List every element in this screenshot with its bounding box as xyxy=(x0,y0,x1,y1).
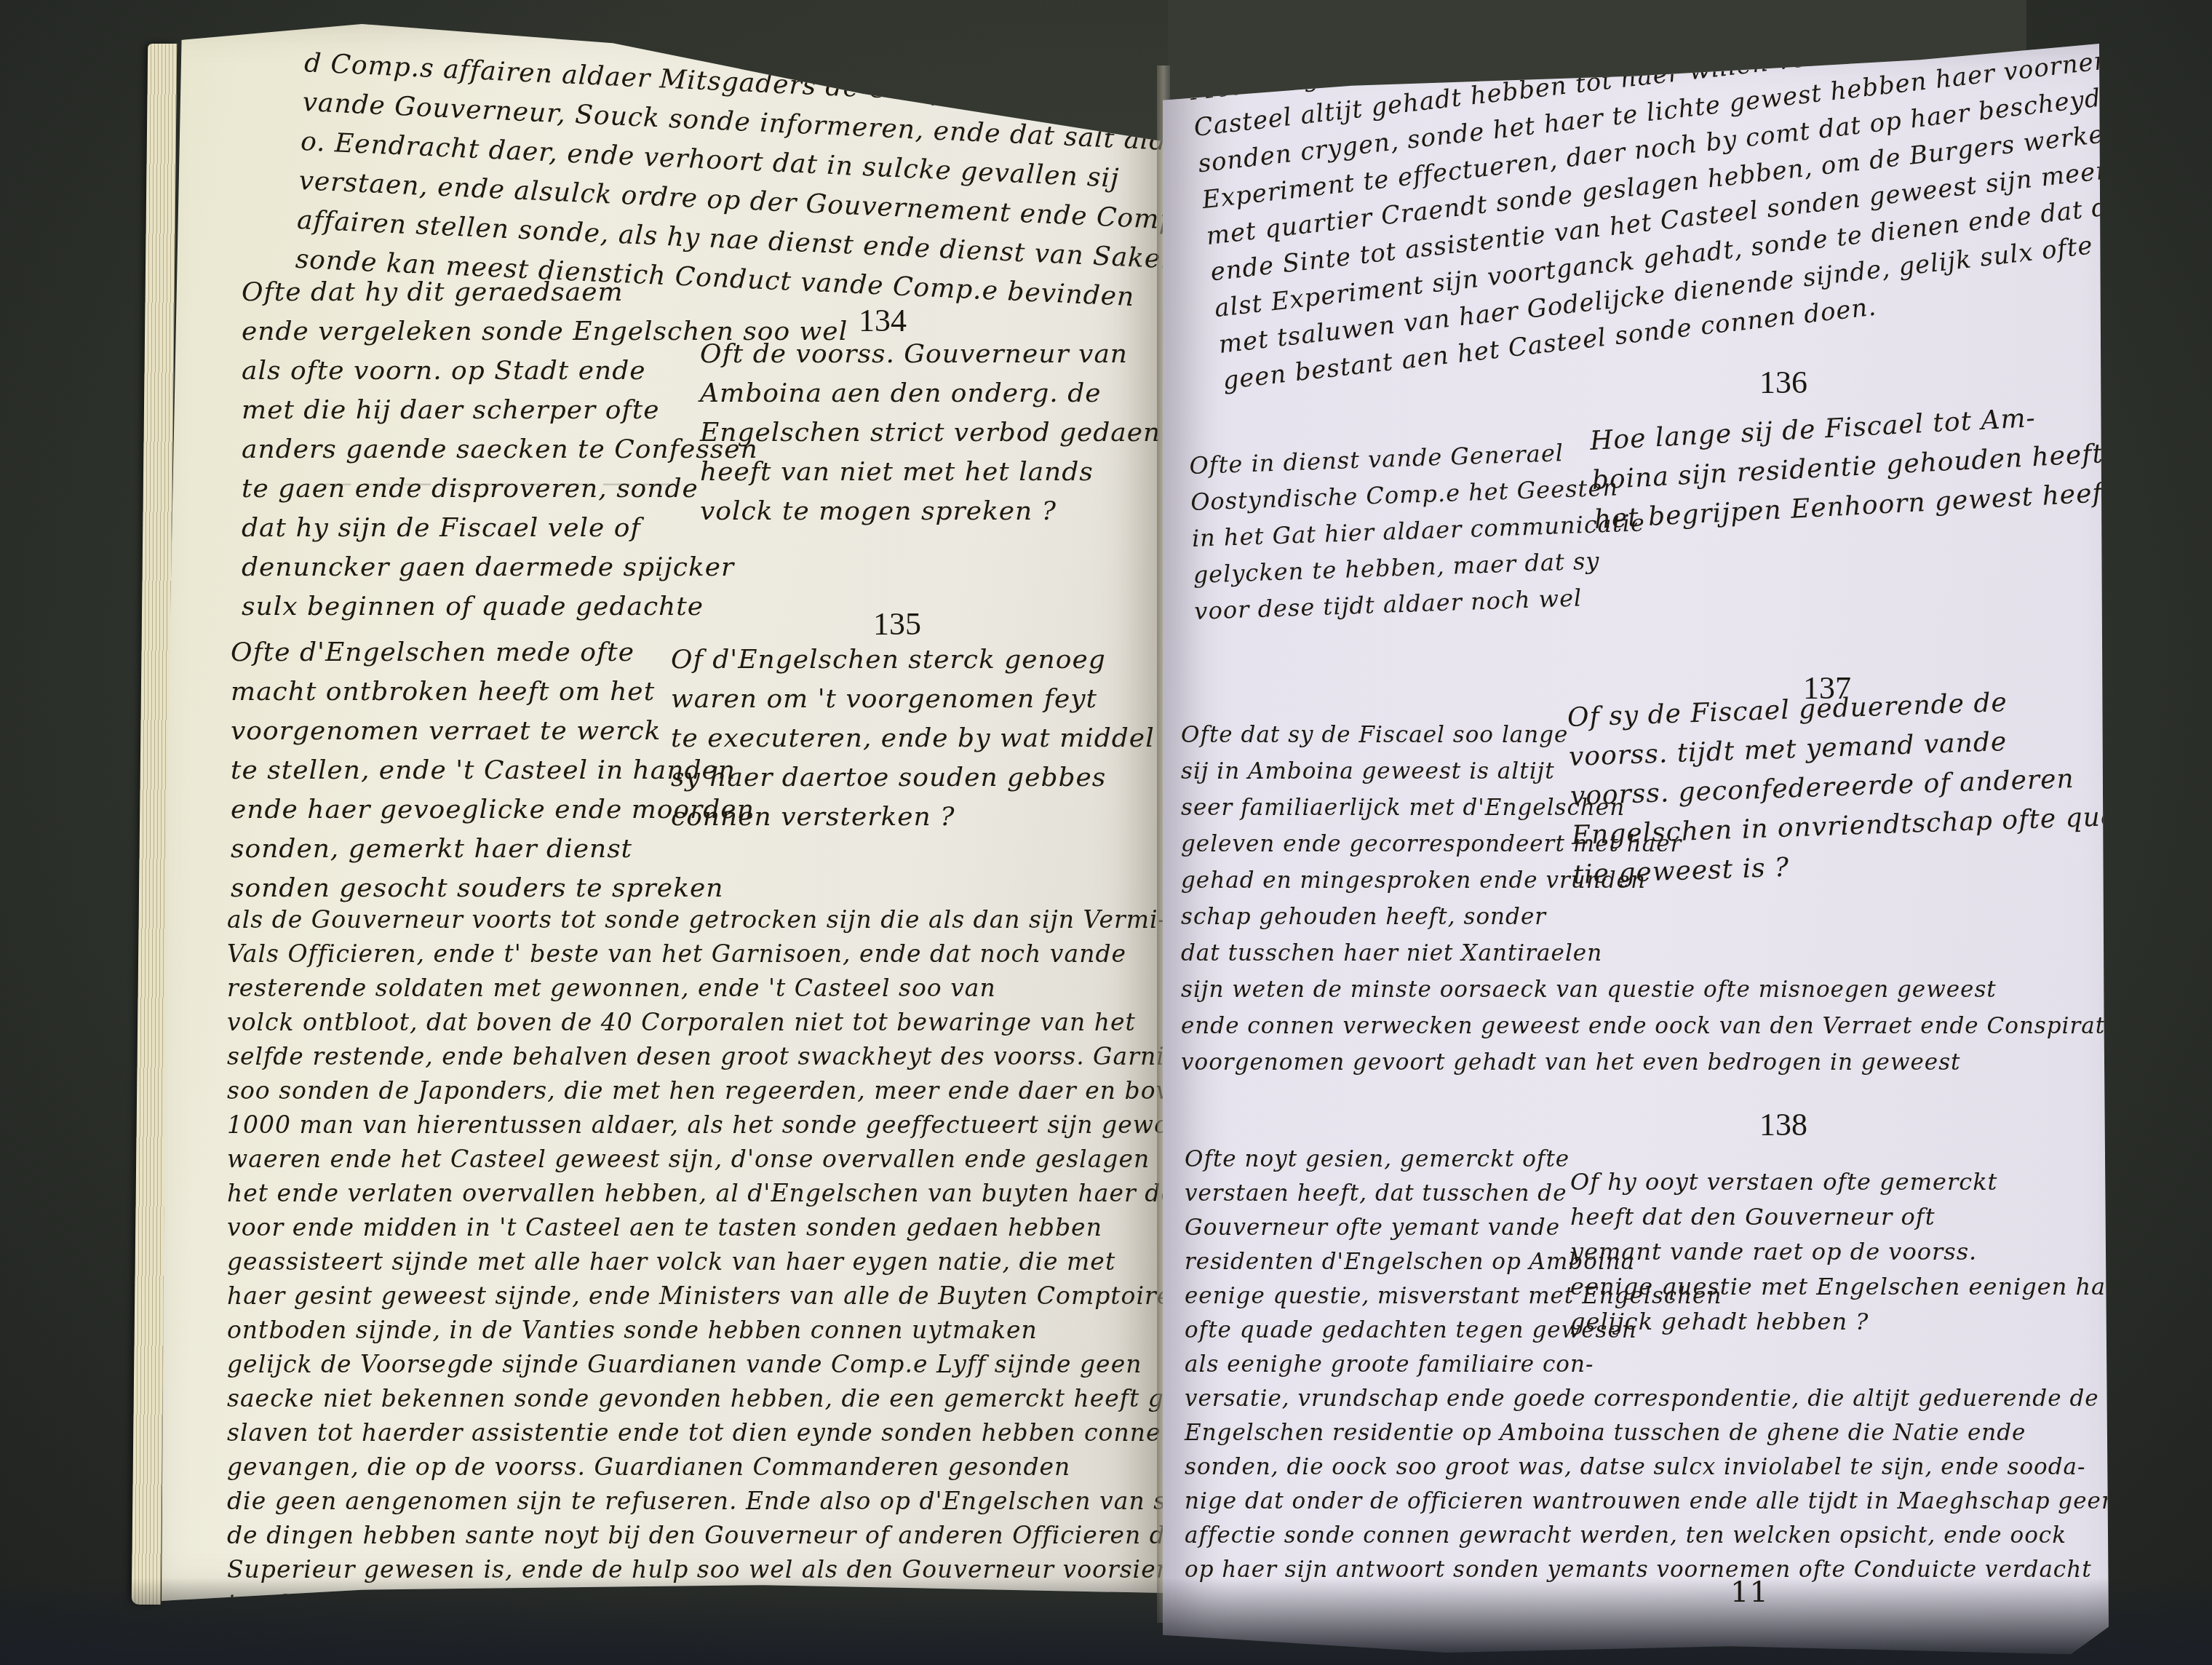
text-line: connen versterken ? xyxy=(671,798,1155,837)
text-line: gelijck de Voorsegde sijnde Guardianen v… xyxy=(227,1347,1164,1381)
text-line: waren om 't voorgenomen feyt xyxy=(671,680,1155,719)
text-line: het ende verlaten overvallen hebben, al … xyxy=(227,1176,1164,1210)
text-line: volck te mogen spreken ? xyxy=(700,492,1161,531)
text-line: schap gehouden heeft, sonder xyxy=(1181,899,2109,935)
text-line: als eenighe groote familiaire con- xyxy=(1185,1348,2109,1382)
text-line: nige dat onder de officieren wantrouwen … xyxy=(1185,1485,2109,1519)
answer-block: Oft de voorss. Gouverneur van Amboina ae… xyxy=(700,335,1161,531)
table-surface-shadow xyxy=(0,1578,2212,1665)
text-line: Of d'Engelschen sterck genoeg xyxy=(671,640,1155,680)
text-line: slaven tot haerder assistentie ende tot … xyxy=(227,1415,1164,1450)
text-line: Engelschen strict verbod gedaen xyxy=(700,413,1161,453)
text-line: denuncker gaen daermede spijcker xyxy=(242,548,848,587)
text-line: resterende soldaten met gewonnen, ende '… xyxy=(227,971,1164,1005)
text-line: die geen aengenomen sijn te refuseren. E… xyxy=(227,1484,1164,1518)
text-line: ende connen verwecken geweest ende oock … xyxy=(1181,1008,2109,1044)
text-line: gevangen, die op de voorss. Guardianen C… xyxy=(227,1450,1164,1484)
text-line: sijn weten de minste oorsaeck van questi… xyxy=(1181,971,2109,1008)
text-line: Vals Officieren, ende t' beste van het G… xyxy=(227,937,1164,971)
text-line: te executeren, ende by wat middel xyxy=(671,719,1155,758)
text-line: eenige questie met Engelschen eenigen ha… xyxy=(1570,1269,2109,1304)
text-line: Oft de voorss. Gouverneur van xyxy=(700,335,1161,374)
text-line: als de Gouverneur voorts tot sonde getro… xyxy=(227,902,1164,937)
text-line: ontboden sijnde, in de Vanties sonde heb… xyxy=(227,1313,1164,1347)
text-line: yemant vande raet op de voorss. xyxy=(1570,1234,2109,1269)
text-line: versatie, vrundschap ende goede correspo… xyxy=(1185,1382,2109,1416)
text-line: heeft van niet met het lands xyxy=(700,453,1161,492)
body-paragraph: als de Gouverneur voorts tot sonde getro… xyxy=(227,902,1164,1601)
text-line: gelijck gehadt hebben ? xyxy=(1570,1304,2109,1339)
top-paragraph: Met soo groote Sinte als haer geseyde me… xyxy=(1188,44,2109,400)
text-line: soo sonden de Japonders, die met hen reg… xyxy=(227,1073,1164,1108)
text-line: geassisteert sijnde met alle haer volck … xyxy=(227,1244,1164,1279)
question-block: Ofte in dienst vande Generael Oostyndisc… xyxy=(1189,432,1649,629)
text-line: sy haer daertoe souden gebbes xyxy=(671,758,1155,798)
answer-block: Of d'Engelschen sterck genoeg waren om '… xyxy=(671,640,1155,837)
answer-block: Hoe lange sij de Fiscael tot Am- boina s… xyxy=(1589,394,2109,540)
text-line: heeft dat den Gouverneur oft xyxy=(1570,1199,2109,1234)
text-line: selfde restende, ende behalven desen gro… xyxy=(227,1039,1164,1073)
text-line: voorgenomen gevoort gehadt van het even … xyxy=(1181,1044,2109,1081)
answer-block: Of hy ooyt verstaen ofte gemerckt heeft … xyxy=(1570,1164,2109,1339)
section-number: 135 xyxy=(873,605,921,643)
text-line: Engelschen residentie op Amboina tussche… xyxy=(1185,1416,2109,1450)
section-number: 136 xyxy=(1759,364,1807,401)
text-line: sulx beginnen of quade gedachte xyxy=(242,587,848,627)
text-line: de dingen hebben sante noyt bij den Gouv… xyxy=(227,1518,1164,1552)
text-line: saecke niet bekennen sonde gevonden hebb… xyxy=(227,1381,1164,1415)
text-line: dat tusschen haer niet Xantiraelen xyxy=(1181,935,2109,971)
right-page: Met soo groote Sinte als haer geseyde me… xyxy=(1163,44,2109,1659)
text-line: sonden, die oock soo groot was, datse su… xyxy=(1185,1450,2109,1485)
section-number: 138 xyxy=(1759,1106,1807,1143)
text-line: Of hy ooyt verstaen ofte gemerckt xyxy=(1570,1164,2109,1199)
text-line: waeren ende het Casteel geweest sijn, d'… xyxy=(227,1142,1164,1176)
text-line: volck ontbloot, dat boven de 40 Corporal… xyxy=(227,1005,1164,1039)
text-line: Amboina aen den onderg. de xyxy=(700,374,1161,413)
text-line: Ofte dat hy dit geraedsaem xyxy=(242,273,848,312)
text-line: affectie sonde connen gewracht werden, t… xyxy=(1185,1519,2109,1553)
answer-block: Of sy de Fiscael geduerende de voorss. t… xyxy=(1567,679,2109,895)
text-line: 1000 man van hierentussen aldaer, als he… xyxy=(227,1108,1164,1142)
text-line: haer gesint geweest sijnde, ende Ministe… xyxy=(227,1279,1164,1313)
section-number: 134 xyxy=(859,302,907,339)
left-page: — — — — — — — — — d Comp.s affairen alda… xyxy=(162,15,1164,1601)
text-line: voor ende midden in 't Casteel aen te ta… xyxy=(227,1210,1164,1244)
open-manuscript-book: — — — — — — — — — d Comp.s affairen alda… xyxy=(0,0,2212,1665)
